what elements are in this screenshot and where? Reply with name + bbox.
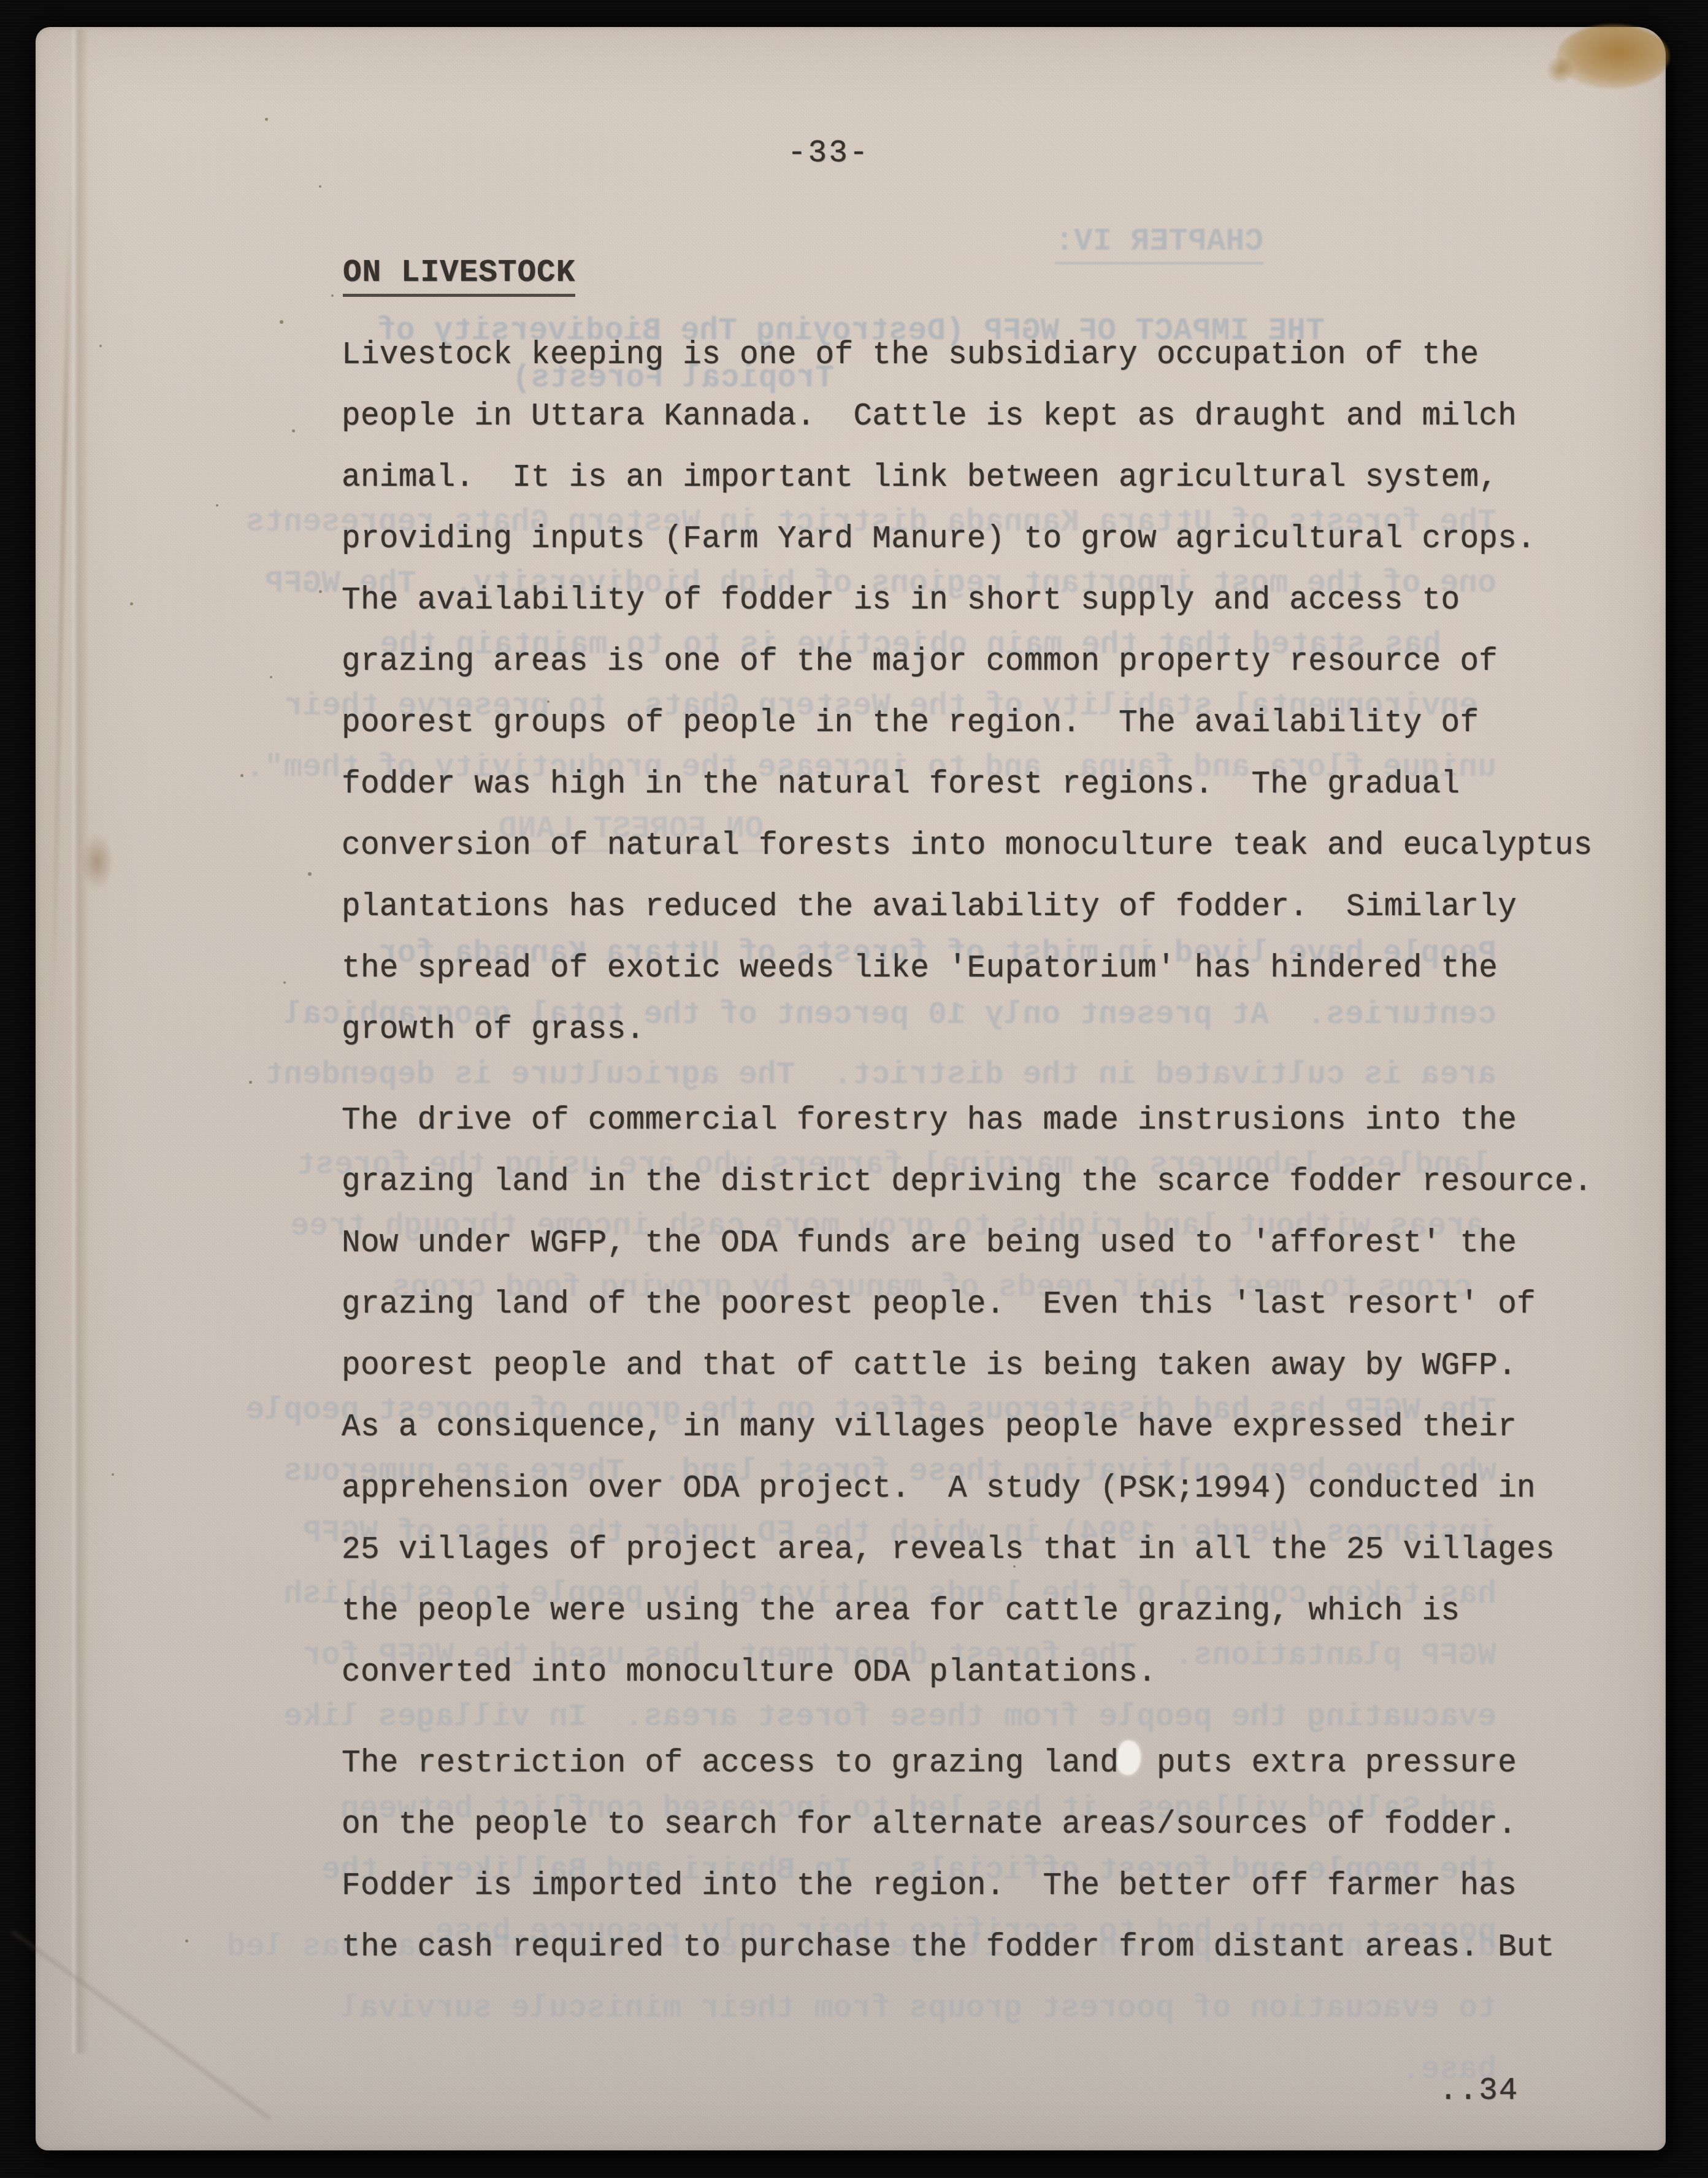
- text-line: poorest people and that of cattle is bei…: [342, 1336, 1593, 1397]
- text-line: The drive of commercial forestry has mad…: [342, 1091, 1593, 1152]
- text-line: Livestock keeping is one of the subsidia…: [342, 325, 1593, 386]
- text-line: animal. It is an important link between …: [342, 448, 1593, 509]
- paragraph: The restriction of access to grazing lan…: [342, 1733, 1555, 1979]
- text-line: growth of grass.: [342, 1000, 1593, 1061]
- text-line: The availability of fodder is in short s…: [342, 570, 1593, 632]
- text-line: plantations has reduced the availability…: [342, 877, 1593, 938]
- text-line: conversion of natural forests into monoc…: [342, 816, 1593, 877]
- text-line: the people were using the area for cattl…: [342, 1581, 1593, 1643]
- paragraph: The drive of commercial forestry has mad…: [342, 1091, 1593, 1704]
- text-line: apprehension over ODA project. A study (…: [342, 1459, 1593, 1520]
- body-text: Livestock keeping is one of the subsidia…: [0, 0, 1708, 2178]
- scan-background: CHAPTER IV:THE IMPACT OF WGFP (Destroyin…: [0, 0, 1708, 2178]
- text-line: the spread of exotic weeds like 'Eupator…: [342, 938, 1593, 1000]
- text-line: grazing land of the poorest people. Even…: [342, 1275, 1593, 1336]
- text-line: poorest groups of people in the region. …: [342, 693, 1593, 754]
- text-line: providing inputs (Farm Yard Manure) to g…: [342, 509, 1593, 570]
- text-line: The restriction of access to grazing lan…: [342, 1733, 1555, 1795]
- text-line: the cash required to purchase the fodder…: [342, 1917, 1555, 1979]
- text-line: grazing land in the district depriving t…: [342, 1152, 1593, 1213]
- text-line: fodder was high in the natural forest re…: [342, 754, 1593, 816]
- paragraph: Livestock keeping is one of the subsidia…: [342, 325, 1593, 1061]
- text-line: 25 villages of project area, reveals tha…: [342, 1520, 1593, 1581]
- text-line: Now under WGFP, the ODA funds are being …: [342, 1213, 1593, 1275]
- text-line: As a consiquence, in many villages peopl…: [342, 1397, 1593, 1459]
- text-line: converted into monoculture ODA plantatio…: [342, 1643, 1593, 1704]
- text-line: people in Uttara Kannada. Cattle is kept…: [342, 386, 1593, 448]
- text-line: on the people to search for alternate ar…: [342, 1795, 1555, 1856]
- text-line: Fodder is imported into the region. The …: [342, 1856, 1555, 1917]
- text-line: grazing areas is one of the major common…: [342, 632, 1593, 693]
- next-page-indicator: ..34: [1439, 2076, 1518, 2107]
